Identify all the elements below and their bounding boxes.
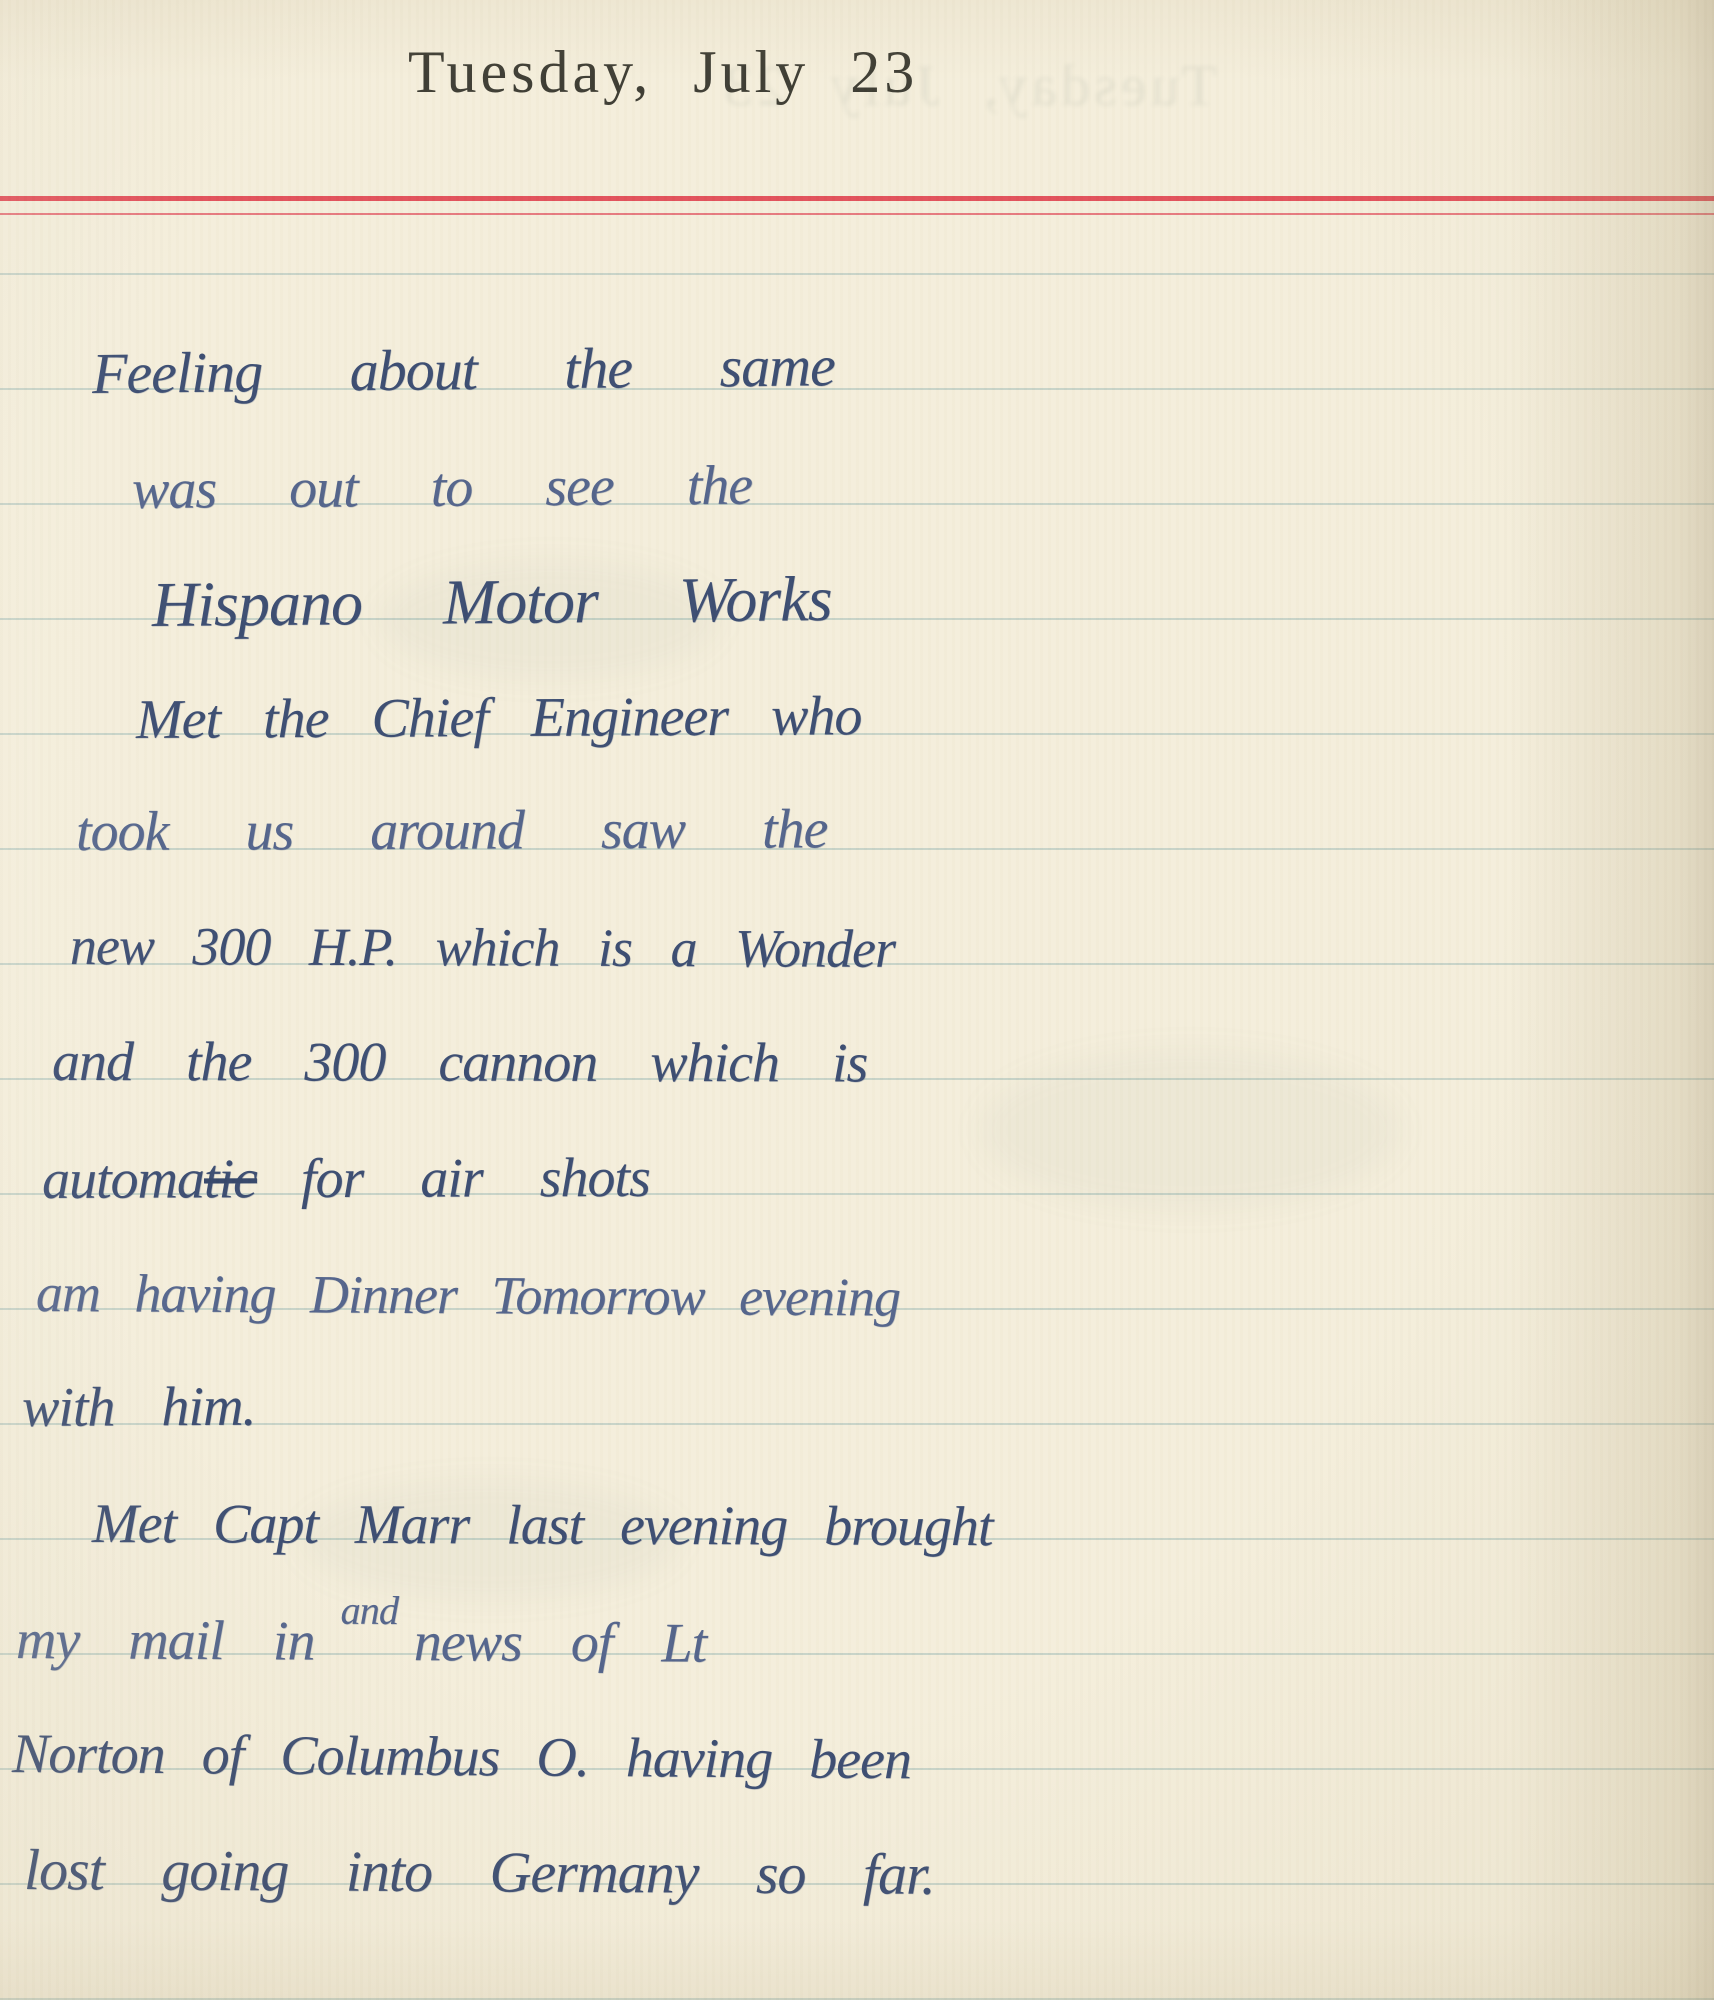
handwriting-text: took us around saw the [76,798,828,863]
handwriting-text: and the 300 cannon which is [52,1031,867,1094]
handwriting-text: am having Dinner Tomorrow evening [36,1263,900,1328]
handwriting-text: Hispano Motor Works [152,563,832,640]
handwriting-line: automaticfor air shots [42,1146,650,1212]
handwriting-line: am having Dinner Tomorrow evening [36,1262,900,1329]
handwriting-text: was out to see the [132,455,753,521]
diary-page: Tuesday, July 23 Tuesday, July 23 Feelin… [0,0,1714,2000]
inserted-word: and [340,1588,398,1633]
handwriting-text: automa [42,1148,204,1211]
handwriting-text: new 300 H.P. which is a Wonder [70,916,895,979]
handwriting-line: Met the Chief Engineer who [136,684,862,752]
handwriting-line: Feeling about the same [92,332,835,407]
handwriting-line: lost going into Germany so far. [24,1836,935,1908]
handwriting-text: with him. [22,1376,256,1439]
handwriting-text: Feeling about the same [92,333,835,406]
handwriting-line: Met Capt Marr last evening brought [92,1492,993,1559]
handwriting-line: my mail inandnews of Lt [16,1608,706,1676]
handwriting-text: Met Capt Marr last evening brought [92,1493,993,1558]
handwriting-line: Norton of Columbus O. having been [12,1722,911,1792]
handwriting-line: with him. [22,1375,256,1440]
handwriting-text: for air shots [301,1147,650,1210]
handwriting-line: took us around saw the [76,797,828,864]
handwriting-text: Norton of Columbus O. having been [12,1723,911,1791]
handwriting-line: and the 300 cannon which is [52,1030,868,1095]
handwriting-text: lost going into Germany so far. [24,1837,935,1907]
handwriting-text: my mail in [16,1609,315,1673]
handwriting-text: news of Lt [414,1611,707,1675]
struck-text: tic [204,1148,257,1210]
handwriting-line: new 300 H.P. which is a Wonder [70,915,895,980]
handwriting-text: Met the Chief Engineer who [136,685,862,751]
diary-entry: Feeling about the same was out to see th… [0,0,1714,2000]
handwriting-line: was out to see the [132,454,753,522]
handwriting-line: Hispano Motor Works [152,562,832,642]
